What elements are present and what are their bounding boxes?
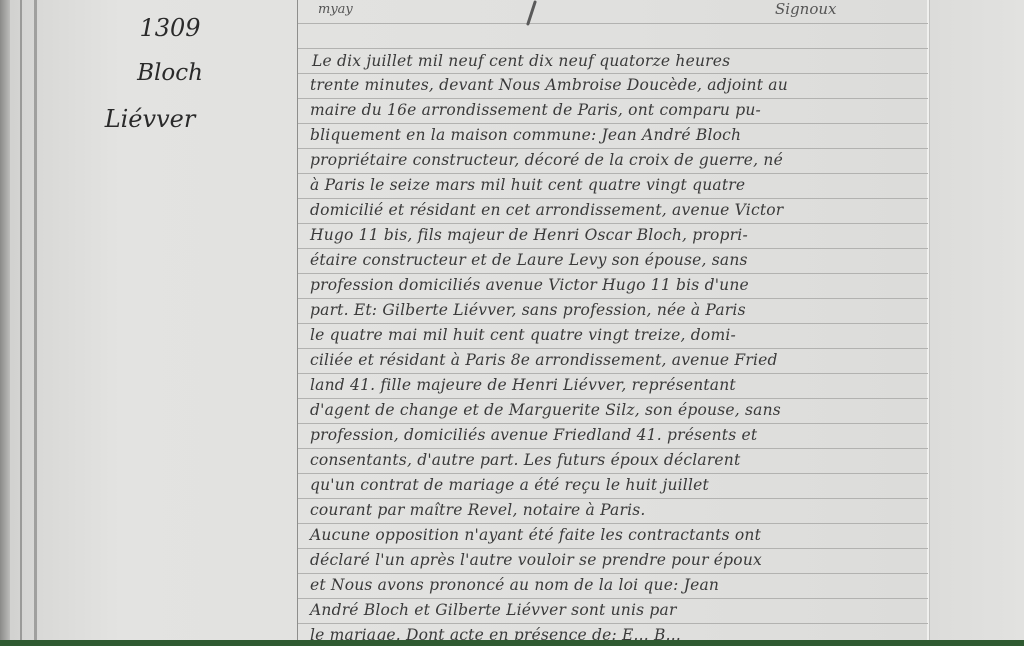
text-line: Le dix juillet mil neuf cent dix neuf qu… — [312, 52, 912, 70]
text-line: domicilié et résidant en cet arrondissem… — [310, 201, 910, 219]
text-line: courant par maître Revel, notaire à Pari… — [310, 501, 910, 519]
ruled-line — [298, 373, 928, 374]
ruled-line — [298, 173, 928, 174]
ruled-line — [298, 73, 928, 74]
text-line: d'agent de change et de Marguerite Silz,… — [310, 401, 910, 419]
ruled-line — [298, 248, 928, 249]
ruled-line — [298, 523, 928, 524]
text-line: et Nous avons prononcé au nom de la loi … — [310, 576, 910, 594]
text-line: profession, domiciliés avenue Friedland … — [310, 426, 910, 444]
ruled-line — [298, 223, 928, 224]
text-line: le quatre mai mil huit cent quatre vingt… — [310, 326, 910, 344]
ruled-line — [298, 398, 928, 399]
ruled-line — [298, 273, 928, 274]
top-fragment-right: Signoux — [775, 0, 837, 18]
text-line: maire du 16e arrondissement de Paris, on… — [310, 101, 910, 119]
text-line: déclaré l'un après l'autre vouloir se pr… — [310, 551, 910, 569]
text-line: profession domiciliés avenue Victor Hugo… — [310, 276, 910, 294]
ruled-line — [298, 498, 928, 499]
ruled-line — [298, 48, 928, 49]
binding-edge — [0, 0, 10, 640]
right-page-edge — [927, 0, 929, 640]
text-line: André Bloch et Gilberte Liévver sont uni… — [310, 601, 910, 619]
pen-stroke — [526, 0, 537, 26]
ruled-line — [298, 423, 928, 424]
binding-line — [34, 0, 37, 640]
ruled-line — [298, 473, 928, 474]
text-line: trente minutes, devant Nous Ambroise Dou… — [310, 76, 910, 94]
top-fragment-left: myay — [318, 2, 353, 17]
ruled-line — [298, 323, 928, 324]
register-page: 1309 Bloch Liévver myay Signoux Le dix j… — [0, 0, 1024, 640]
text-line: à Paris le seize mars mil huit cent quat… — [310, 176, 910, 194]
binding-line — [20, 0, 22, 640]
ruled-line — [298, 548, 928, 549]
text-line: ciliée et résidant à Paris 8e arrondisse… — [310, 351, 910, 369]
ruled-line — [298, 198, 928, 199]
margin-surname-groom: Bloch — [120, 60, 220, 86]
ruled-line — [298, 598, 928, 599]
margin-rule — [297, 0, 298, 640]
text-line: Aucune opposition n'ayant été faite les … — [310, 526, 910, 544]
ruled-line — [298, 148, 928, 149]
text-line: qu'un contrat de mariage a été reçu le h… — [310, 476, 910, 494]
ruled-line — [298, 348, 928, 349]
text-line: Hugo 11 bis, fils majeur de Henri Oscar … — [310, 226, 910, 244]
text-line: consentants, d'autre part. Les futurs ép… — [310, 451, 910, 469]
text-line: propriétaire constructeur, décoré de la … — [310, 151, 910, 169]
ruled-line — [298, 123, 928, 124]
text-line: étaire constructeur et de Laure Levy son… — [310, 251, 910, 269]
entry-number: 1309 — [130, 14, 210, 42]
text-line: land 41. fille majeure de Henri Liévver,… — [310, 376, 910, 394]
ruled-line — [298, 298, 928, 299]
ruled-line — [298, 23, 928, 24]
ruled-line — [298, 573, 928, 574]
ruled-line — [298, 448, 928, 449]
text-line: part. Et: Gilberte Liévver, sans profess… — [310, 301, 910, 319]
ruled-line — [298, 98, 928, 99]
text-line: bliquement en la maison commune: Jean An… — [310, 126, 910, 144]
ruled-line — [298, 623, 928, 624]
margin-surname-bride: Liévver — [95, 105, 205, 133]
viewer-bottom-bar — [0, 640, 1024, 646]
